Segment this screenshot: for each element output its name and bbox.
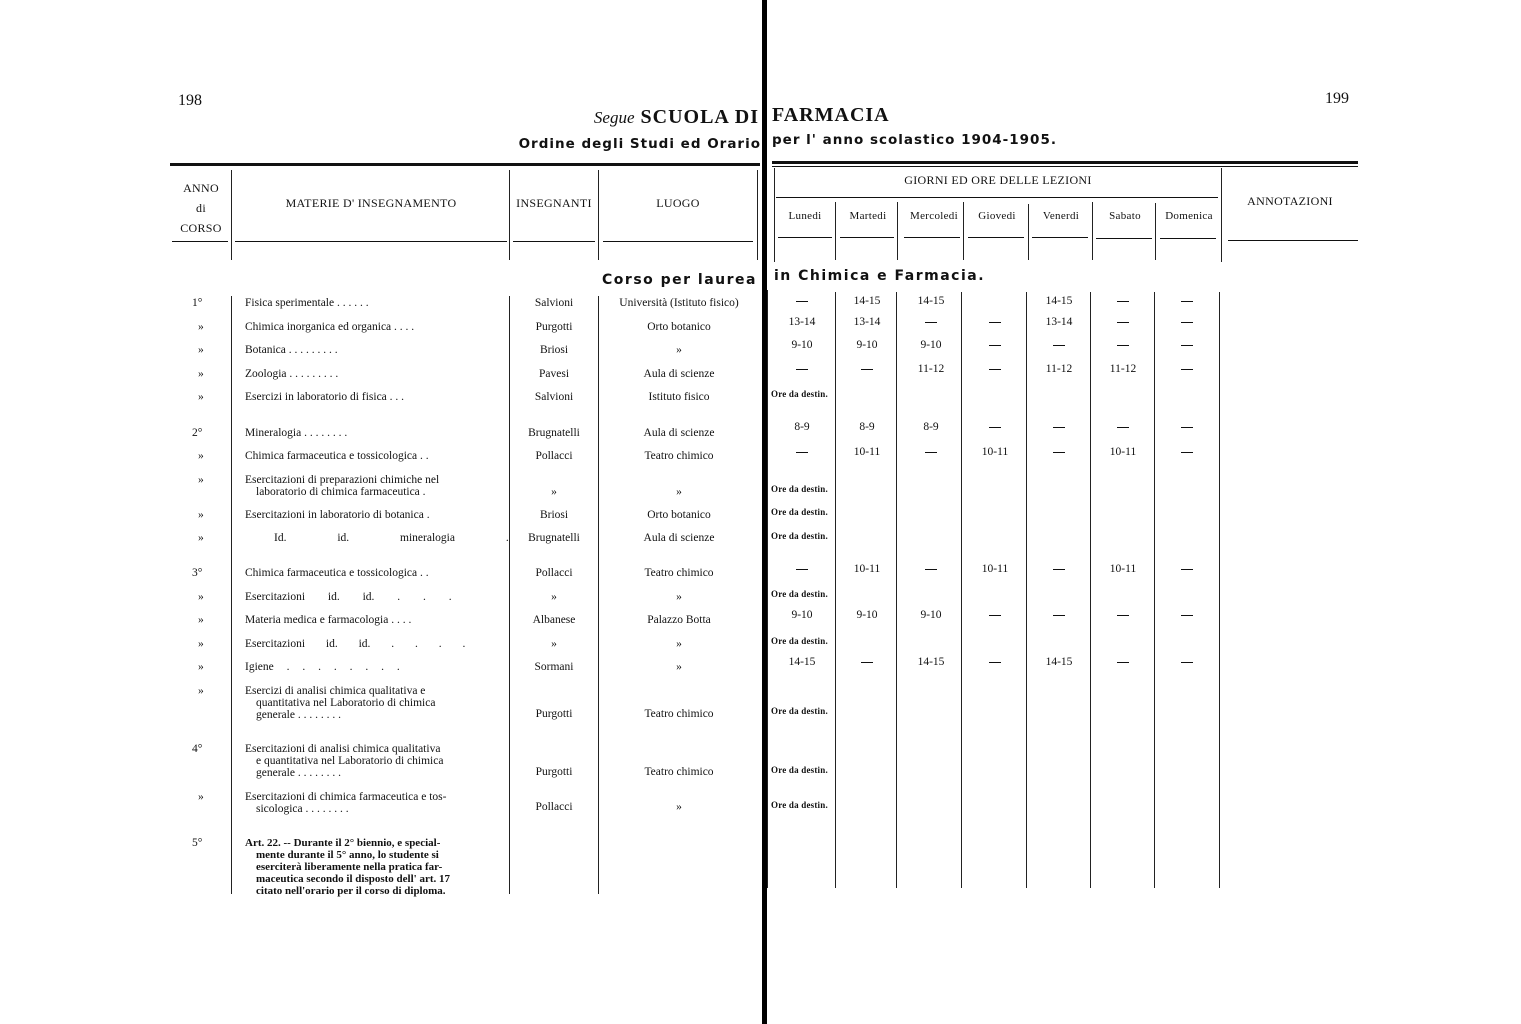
header-rule: [1160, 238, 1216, 239]
row-materia: Botanica . . . . . . . . .: [245, 344, 338, 356]
schedule-cell-sabato: [1092, 339, 1154, 351]
schedule-cell-domenica: [1156, 421, 1218, 433]
schedule-cell-lunedi: Ore da destin.: [771, 589, 828, 599]
dash-mark: [989, 662, 1001, 664]
dash-mark: [1117, 345, 1129, 347]
row-anno: »: [198, 591, 204, 603]
row-luogo: »: [600, 638, 758, 650]
header-anno-line1: ANNO: [172, 178, 230, 198]
schedule-cell-domenica: [1156, 446, 1218, 458]
row-anno: »: [198, 638, 204, 650]
header-day-venerdi: Venerdi: [1030, 210, 1092, 222]
schedule-cell-sabato: [1092, 295, 1154, 307]
schedule-cell-lunedi: [769, 295, 835, 307]
dash-mark: [989, 615, 1001, 617]
schedule-cell-mercoledi: 9-10: [899, 609, 963, 621]
top-rule-right-thin: [772, 166, 1358, 167]
row-article-note: Art. 22. -- Durante il 2° biennio, e spe…: [245, 837, 450, 897]
row-materia-line: mente durante il 5° anno, lo studente si: [245, 849, 450, 861]
dash-mark: [796, 569, 808, 571]
row-anno: »: [198, 368, 204, 380]
schedule-cell-martedi: 8-9: [837, 421, 897, 433]
row-materia: Esercitazioni id. id. . . . .: [245, 638, 465, 650]
schedule-cell-mercoledi: [899, 316, 963, 328]
title-left-text: SCUOLA DI: [641, 106, 759, 128]
header-day-sabato: Sabato: [1094, 210, 1156, 222]
col-line: [835, 292, 836, 888]
dash-mark: [1053, 615, 1065, 617]
col-line: [1219, 292, 1220, 888]
col-line: [963, 202, 964, 260]
schedule-cell-sabato: [1092, 609, 1154, 621]
dash-mark: [1181, 615, 1193, 617]
row-insegnante: Purgotti: [510, 708, 598, 720]
dash-mark: [1053, 452, 1065, 454]
header-rule: [1096, 238, 1152, 239]
schedule-cell-giovedi: [963, 421, 1027, 433]
dash-mark: [796, 369, 808, 371]
header-materie: MATERIE D' INSEGNAMENTO: [232, 196, 510, 211]
title-prefix: Segue: [594, 108, 635, 127]
schedule-cell-lunedi: [769, 363, 835, 375]
schedule-cell-martedi: 14-15: [837, 295, 897, 307]
header-rule: [235, 241, 507, 242]
row-materia: Esercitazioni id. id. . . .: [245, 591, 452, 603]
schedule-cell-venerdi: [1028, 446, 1090, 458]
row-luogo: Teatro chimico: [600, 567, 758, 579]
section-title-left: Corso per laurea: [602, 272, 757, 288]
row-insegnante: Brugnatelli: [510, 532, 598, 544]
schedule-cell-lunedi: Ore da destin.: [771, 706, 828, 716]
schedule-cell-venerdi: [1028, 563, 1090, 575]
dash-mark: [1117, 322, 1129, 324]
dash-mark: [1117, 301, 1129, 303]
row-materia-line: e quantitativa nel Laboratorio di chimic…: [245, 755, 443, 767]
header-annotazioni: ANNOTAZIONI: [1222, 194, 1358, 209]
row-anno: 3°: [192, 567, 202, 579]
schedule-cell-lunedi: Ore da destin.: [771, 389, 828, 399]
row-luogo: »: [600, 801, 758, 813]
col-line: [598, 170, 599, 260]
dash-mark: [1053, 569, 1065, 571]
row-materia-line: Esercitazioni di chimica farmaceutica e …: [245, 791, 446, 803]
schedule-cell-mercoledi: [899, 563, 963, 575]
row-anno: »: [198, 685, 204, 697]
schedule-cell-lunedi: Ore da destin.: [771, 531, 828, 541]
row-luogo: Aula di scienze: [600, 368, 758, 380]
row-materia: Esercitazioni di analisi chimica qualita…: [245, 743, 443, 779]
header-rule: [1228, 240, 1358, 241]
dash-mark: [925, 322, 937, 324]
row-materia: Igiene . . . . . . . .: [245, 661, 400, 673]
row-insegnante: »: [510, 638, 598, 650]
row-materia-line: Esercizi di analisi chimica qualitativa …: [245, 685, 435, 697]
dash-mark: [1181, 345, 1193, 347]
dash-mark: [1181, 369, 1193, 371]
schedule-cell-lunedi: Ore da destin.: [771, 484, 828, 494]
header-anno-line2: di: [172, 198, 230, 218]
schedule-cell-martedi: [837, 656, 897, 668]
title-right: FARMACIA: [772, 104, 890, 127]
row-materia-line: Art. 22. -- Durante il 2° biennio, e spe…: [245, 837, 450, 849]
col-line: [509, 170, 510, 260]
schedule-cell-mercoledi: 14-15: [899, 656, 963, 668]
row-materia: Esercitazioni di chimica farmaceutica e …: [245, 791, 446, 815]
giorni-rule: [776, 197, 1218, 198]
row-luogo: Aula di scienze: [600, 532, 758, 544]
schedule-cell-martedi: 9-10: [837, 339, 897, 351]
row-anno: »: [198, 344, 204, 356]
row-materia: Fisica sperimentale . . . . . .: [245, 297, 369, 309]
schedule-cell-domenica: [1156, 656, 1218, 668]
header-day-mercoledi: Mercoledi: [902, 210, 966, 222]
schedule-cell-lunedi: 9-10: [769, 609, 835, 621]
dash-mark: [1053, 427, 1065, 429]
schedule-cell-venerdi: [1028, 421, 1090, 433]
top-rule-right: [772, 161, 1358, 164]
col-line: [598, 296, 599, 894]
row-luogo: Università (Istituto fisico): [600, 297, 758, 309]
row-luogo: Orto botanico: [600, 509, 758, 521]
page-number-left: 198: [178, 92, 202, 110]
schedule-cell-domenica: [1156, 563, 1218, 575]
row-insegnante: Briosi: [510, 344, 598, 356]
col-line: [774, 168, 775, 262]
col-line: [1028, 204, 1029, 260]
schedule-cell-lunedi: 13-14: [769, 316, 835, 328]
subtitle-right: per l' anno scolastico 1904-1905.: [772, 132, 1057, 148]
schedule-cell-mercoledi: 11-12: [899, 363, 963, 375]
header-day-martedi: Martedi: [838, 210, 898, 222]
row-anno: »: [198, 450, 204, 462]
row-anno: »: [198, 532, 204, 544]
col-line: [1221, 168, 1222, 262]
row-materia: Mineralogia . . . . . . . .: [245, 427, 347, 439]
header-rule: [968, 237, 1024, 238]
col-line: [1155, 203, 1156, 260]
dash-mark: [989, 322, 1001, 324]
row-insegnante: Purgotti: [510, 321, 598, 333]
row-materia: Esercitazioni in laboratorio di botanica…: [245, 509, 430, 521]
header-anno-line3: CORSO: [172, 218, 230, 238]
schedule-cell-domenica: [1156, 609, 1218, 621]
schedule-cell-martedi: 9-10: [837, 609, 897, 621]
dash-mark: [1181, 322, 1193, 324]
row-materia-line: generale . . . . . . . .: [245, 709, 435, 721]
row-anno: 5°: [192, 837, 202, 849]
dash-mark: [1053, 345, 1065, 347]
schedule-cell-sabato: 10-11: [1092, 563, 1154, 575]
dash-mark: [989, 427, 1001, 429]
header-rule: [904, 237, 960, 238]
dash-mark: [861, 662, 873, 664]
col-line: [961, 292, 962, 888]
dash-mark: [861, 369, 873, 371]
row-insegnante: »: [510, 591, 598, 603]
row-anno: »: [198, 321, 204, 333]
schedule-cell-venerdi: 14-15: [1028, 295, 1090, 307]
schedule-cell-giovedi: [963, 609, 1027, 621]
row-materia-line: laboratorio di chimica farmaceutica .: [245, 486, 439, 498]
schedule-cell-martedi: 13-14: [837, 316, 897, 328]
schedule-cell-sabato: [1092, 316, 1154, 328]
row-anno: »: [198, 661, 204, 673]
row-luogo: Teatro chimico: [600, 708, 758, 720]
schedule-cell-mercoledi: 14-15: [899, 295, 963, 307]
row-materia-line: Esercitazioni di preparazioni chimiche n…: [245, 474, 439, 486]
row-insegnante: Pollacci: [510, 801, 598, 813]
schedule-cell-venerdi: 11-12: [1028, 363, 1090, 375]
schedule-cell-sabato: 11-12: [1092, 363, 1154, 375]
row-materia: Esercizi in laboratorio di fisica . . .: [245, 391, 404, 403]
row-materia-line: quantitativa nel Laboratorio di chimica: [245, 697, 435, 709]
row-luogo: »: [600, 486, 758, 498]
row-luogo: Orto botanico: [600, 321, 758, 333]
col-line: [1154, 292, 1155, 888]
schedule-cell-lunedi: 14-15: [769, 656, 835, 668]
top-rule-left: [170, 163, 760, 166]
row-materia: Id. id. mineralogia .: [274, 532, 509, 544]
dash-mark: [925, 452, 937, 454]
row-insegnante: Pollacci: [510, 450, 598, 462]
row-insegnante: Salvioni: [510, 391, 598, 403]
schedule-cell-lunedi: 9-10: [769, 339, 835, 351]
schedule-cell-giovedi: 10-11: [963, 563, 1027, 575]
schedule-cell-mercoledi: [899, 446, 963, 458]
schedule-cell-lunedi: Ore da destin.: [771, 800, 828, 810]
row-luogo: Aula di scienze: [600, 427, 758, 439]
schedule-cell-sabato: [1092, 656, 1154, 668]
schedule-cell-giovedi: [963, 339, 1027, 351]
header-day-giovedi: Giovedi: [966, 210, 1028, 222]
header-luogo: LUOGO: [600, 196, 756, 211]
schedule-cell-venerdi: 13-14: [1028, 316, 1090, 328]
schedule-cell-martedi: [837, 363, 897, 375]
page-number-right: 199: [1325, 90, 1349, 108]
row-anno: »: [198, 509, 204, 521]
col-line: [1026, 292, 1027, 888]
row-insegnante: Brugnatelli: [510, 427, 598, 439]
row-insegnante: Pavesi: [510, 368, 598, 380]
row-insegnante: Pollacci: [510, 567, 598, 579]
row-materia-line: generale . . . . . . . .: [245, 767, 443, 779]
row-anno: 4°: [192, 743, 202, 755]
dash-mark: [1117, 662, 1129, 664]
row-insegnante: Purgotti: [510, 766, 598, 778]
schedule-cell-giovedi: 10-11: [963, 446, 1027, 458]
row-materia: Materia medica e farmacologia . . . .: [245, 614, 411, 626]
dash-mark: [796, 452, 808, 454]
header-rule: [778, 237, 832, 238]
schedule-cell-domenica: [1156, 316, 1218, 328]
row-materia-line: citato nell'orario per il corso di diplo…: [245, 885, 450, 897]
dash-mark: [1181, 662, 1193, 664]
dash-mark: [1117, 615, 1129, 617]
schedule-cell-venerdi: [1028, 339, 1090, 351]
schedule-cell-sabato: [1092, 421, 1154, 433]
row-insegnante: Salvioni: [510, 297, 598, 309]
dash-mark: [1181, 301, 1193, 303]
col-line: [757, 170, 758, 260]
dash-mark: [1117, 427, 1129, 429]
section-title-right: in Chimica e Farmacia.: [774, 268, 985, 284]
row-luogo: »: [600, 661, 758, 673]
col-line: [231, 296, 232, 894]
schedule-cell-venerdi: 14-15: [1028, 656, 1090, 668]
row-luogo: Teatro chimico: [600, 766, 758, 778]
schedule-cell-giovedi: [963, 363, 1027, 375]
col-line: [767, 290, 768, 888]
col-line: [835, 202, 836, 260]
schedule-cell-lunedi: 8-9: [769, 421, 835, 433]
col-line: [897, 202, 898, 260]
row-anno: 2°: [192, 427, 202, 439]
row-materia: Esercitazioni di preparazioni chimiche n…: [245, 474, 439, 498]
col-line: [896, 292, 897, 888]
row-materia-line: Esercitazioni di analisi chimica qualita…: [245, 743, 443, 755]
row-materia: Zoologia . . . . . . . . .: [245, 368, 338, 380]
schedule-cell-lunedi: Ore da destin.: [771, 507, 828, 517]
header-day-domenica: Domenica: [1158, 210, 1220, 222]
schedule-cell-lunedi: Ore da destin.: [771, 636, 828, 646]
dash-mark: [989, 345, 1001, 347]
schedule-cell-martedi: 10-11: [837, 446, 897, 458]
row-insegnante: Sormani: [510, 661, 598, 673]
row-materia-line: eserciterà liberamente nella pratica far…: [245, 861, 450, 873]
dash-mark: [1181, 569, 1193, 571]
row-insegnante: »: [510, 486, 598, 498]
schedule-cell-lunedi: [769, 563, 835, 575]
row-anno: »: [198, 614, 204, 626]
schedule-cell-lunedi: [769, 446, 835, 458]
row-materia-line: maceutica secondo il disposto dell' art.…: [245, 873, 450, 885]
schedule-cell-sabato: 10-11: [1092, 446, 1154, 458]
subtitle-left: Ordine degli Studi ed Orario: [519, 136, 761, 152]
row-materia: Chimica farmaceutica e tossicologica . .: [245, 567, 429, 579]
dash-mark: [1181, 452, 1193, 454]
row-materia: Esercizi di analisi chimica qualitativa …: [245, 685, 435, 721]
row-luogo: »: [600, 344, 758, 356]
row-insegnante: Albanese: [510, 614, 598, 626]
header-rule: [603, 241, 753, 242]
schedule-cell-giovedi: [963, 656, 1027, 668]
header-giorni: GIORNI ED ORE DELLE LEZIONI: [776, 173, 1220, 188]
row-luogo: Istituto fisico: [600, 391, 758, 403]
row-luogo: Palazzo Botta: [600, 614, 758, 626]
schedule-cell-mercoledi: 8-9: [899, 421, 963, 433]
row-materia: Chimica inorganica ed organica . . . .: [245, 321, 414, 333]
header-rule: [172, 241, 228, 242]
title-left: Segue SCUOLA DI: [594, 106, 759, 129]
schedule-cell-venerdi: [1028, 609, 1090, 621]
dash-mark: [1181, 427, 1193, 429]
row-insegnante: Briosi: [510, 509, 598, 521]
header-anno: ANNO di CORSO: [172, 178, 230, 238]
row-materia: Chimica farmaceutica e tossicologica . .: [245, 450, 429, 462]
col-line: [231, 170, 232, 260]
row-anno: »: [198, 791, 204, 803]
schedule-cell-mercoledi: 9-10: [899, 339, 963, 351]
schedule-cell-martedi: 10-11: [837, 563, 897, 575]
dash-mark: [796, 301, 808, 303]
header-rule: [840, 237, 894, 238]
header-rule: [513, 241, 595, 242]
schedule-cell-giovedi: [963, 316, 1027, 328]
col-line: [1090, 292, 1091, 888]
header-insegnanti: INSEGNANTI: [510, 196, 598, 211]
col-line: [1092, 202, 1093, 260]
schedule-cell-domenica: [1156, 339, 1218, 351]
row-anno: »: [198, 474, 204, 486]
dash-mark: [989, 369, 1001, 371]
schedule-cell-domenica: [1156, 363, 1218, 375]
schedule-cell-domenica: [1156, 295, 1218, 307]
row-luogo: »: [600, 591, 758, 603]
row-anno: 1°: [192, 297, 202, 309]
schedule-cell-lunedi: Ore da destin.: [771, 765, 828, 775]
row-anno: »: [198, 391, 204, 403]
row-materia-line: sicologica . . . . . . . .: [245, 803, 446, 815]
header-rule: [1032, 237, 1088, 238]
dash-mark: [925, 569, 937, 571]
header-day-lunedi: Lunedi: [776, 210, 834, 222]
row-luogo: Teatro chimico: [600, 450, 758, 462]
